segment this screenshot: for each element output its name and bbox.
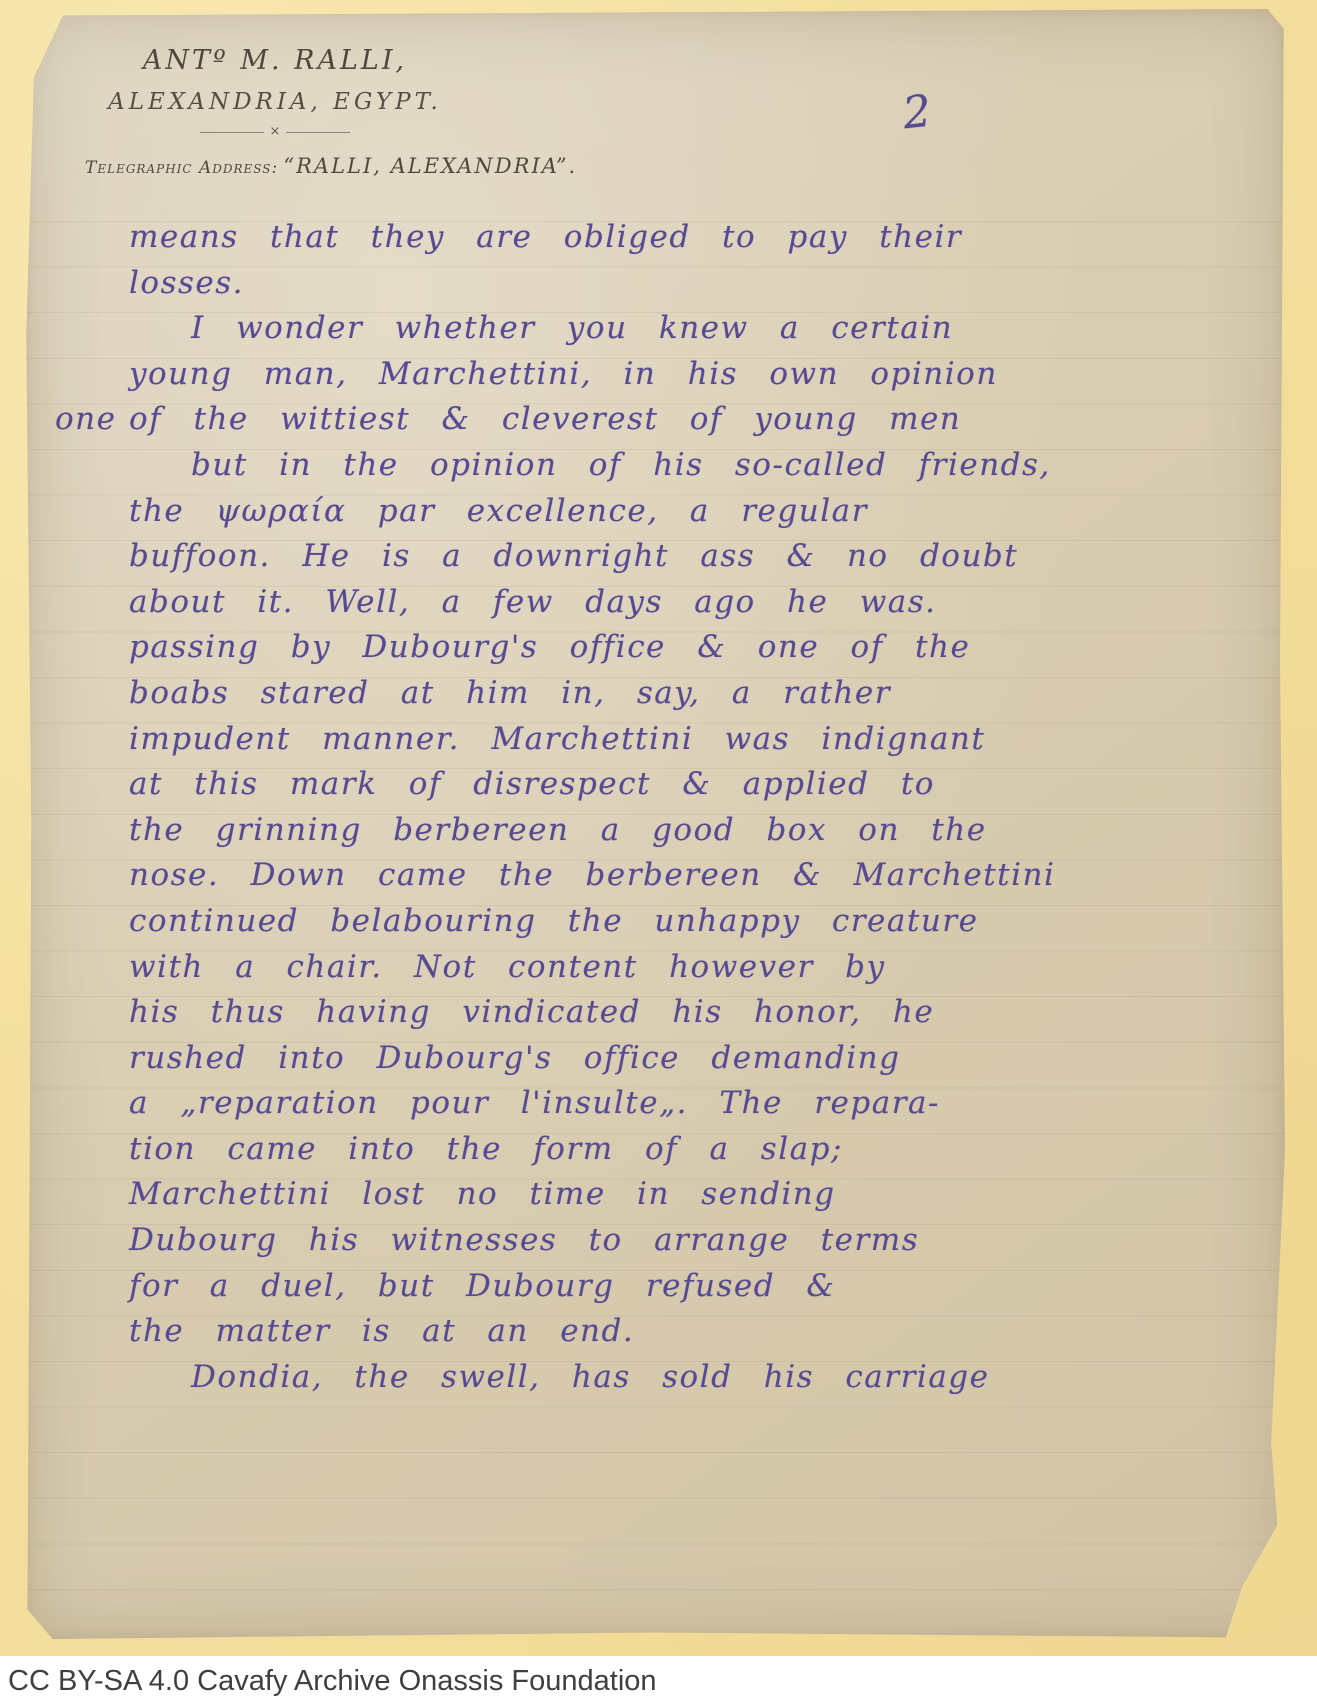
divider-rule-left (200, 132, 264, 133)
letter-line: tion came into the form of a slap; (129, 1127, 1269, 1173)
license-caption-bar: CC BY-SA 4.0 Cavafy Archive Onassis Foun… (0, 1656, 1317, 1707)
letter-paper: ANTº M. RALLI, ALEXANDRIA, EGYPT. × Tele… (25, 9, 1285, 1639)
page-number: 2 (900, 86, 933, 140)
letter-line-text: nose. Down came the berbereen & Marchett… (129, 857, 1055, 893)
letter-line: losses. (129, 261, 1269, 307)
letter-line-text: Dondia, the swell, has sold his carriage (191, 1359, 990, 1395)
divider-ornament-icon: × (270, 127, 281, 137)
letter-line: Dondia, the swell, has sold his carriage (129, 1355, 1269, 1401)
letter-line-text: but in the opinion of his so-called frie… (191, 447, 1051, 483)
letter-line: about it. Well, a few days ago he was. (129, 580, 1269, 626)
letter-line-text: losses. (129, 265, 244, 301)
letter-line: at this mark of disrespect & applied to (129, 762, 1269, 808)
margin-correction: one (55, 397, 116, 443)
letter-line-text: the ψωραία par excellence, a regular (129, 493, 868, 529)
letterhead-name: ANTº M. RALLI, (85, 45, 465, 76)
letter-line-text: the matter is at an end. (129, 1313, 634, 1349)
letter-line: continued belabouring the unhappy creatu… (129, 899, 1269, 945)
letter-line-text: Marchettini lost no time in sending (129, 1176, 836, 1212)
letter-line: a „reparation pour l'insulte„. The repar… (129, 1081, 1269, 1127)
letterhead-divider: × (200, 127, 350, 137)
letter-line: boabs stared at him in, say, a rather (129, 671, 1269, 717)
letterhead-telegraphic: Telegraphic Address: “RALLI, ALEXANDRIA”… (85, 154, 465, 178)
telegraphic-label: Telegraphic Address: (85, 158, 278, 178)
letter-line-text: I wonder whether you knew a certain (191, 310, 953, 346)
letterhead: ANTº M. RALLI, ALEXANDRIA, EGYPT. × Tele… (85, 45, 465, 178)
letter-line-text: tion came into the form of a slap; (129, 1131, 843, 1167)
letter-line-text: rushed into Dubourg's office demanding (129, 1040, 901, 1076)
letter-line: oneof the wittiest & cleverest of young … (129, 397, 1269, 443)
telegraphic-value: “RALLI, ALEXANDRIA”. (283, 154, 577, 178)
letter-line: for a duel, but Dubourg refused & (129, 1264, 1269, 1310)
letter-line: buffoon. He is a downright ass & no doub… (129, 534, 1269, 580)
scanned-letter-page: ANTº M. RALLI, ALEXANDRIA, EGYPT. × Tele… (0, 0, 1317, 1707)
letter-line: impudent manner. Marchettini was indigna… (129, 717, 1269, 763)
letter-line: with a chair. Not content however by (129, 945, 1269, 991)
letter-line-text: buffoon. He is a downright ass & no doub… (129, 538, 1018, 574)
letter-line-text: young man, Marchettini, in his own opini… (129, 356, 998, 392)
letter-line-text: of the wittiest & cleverest of young men (129, 401, 961, 437)
letter-line-text: Dubourg his witnesses to arrange terms (129, 1222, 919, 1258)
letter-line: nose. Down came the berbereen & Marchett… (129, 853, 1269, 899)
letter-line: young man, Marchettini, in his own opini… (129, 352, 1269, 398)
divider-rule-right (286, 132, 350, 133)
letter-line-text: passing by Dubourg's office & one of the (129, 629, 970, 665)
letter-line: Marchettini lost no time in sending (129, 1172, 1269, 1218)
letterhead-location: ALEXANDRIA, EGYPT. (85, 89, 465, 115)
letter-line: Dubourg his witnesses to arrange terms (129, 1218, 1269, 1264)
letter-line: the grinning berbereen a good box on the (129, 808, 1269, 854)
letter-line-text: impudent manner. Marchettini was indigna… (129, 721, 985, 757)
letter-line-text: about it. Well, a few days ago he was. (129, 584, 937, 620)
letter-line-text: continued belabouring the unhappy creatu… (129, 903, 978, 939)
letter-line-text: at this mark of disrespect & applied to (129, 766, 935, 802)
letter-line-text: the grinning berbereen a good box on the (129, 812, 987, 848)
letter-line: means that they are obliged to pay their (129, 215, 1269, 261)
letter-line-text: with a chair. Not content however by (129, 949, 885, 985)
letter-line: the ψωραία par excellence, a regular (129, 489, 1269, 535)
letter-line-text: boabs stared at him in, say, a rather (129, 675, 891, 711)
letter-body: means that they are obliged to pay their… (129, 215, 1269, 1400)
letter-line: the matter is at an end. (129, 1309, 1269, 1355)
letter-line: rushed into Dubourg's office demanding (129, 1036, 1269, 1082)
letter-line-text: for a duel, but Dubourg refused & (129, 1268, 836, 1304)
letter-line-text: a „reparation pour l'insulte„. The repar… (129, 1085, 940, 1121)
letter-line: but in the opinion of his so-called frie… (129, 443, 1269, 489)
letter-line: his thus having vindicated his honor, he (129, 990, 1269, 1036)
letter-line-text: means that they are obliged to pay their (129, 219, 962, 255)
letter-line: passing by Dubourg's office & one of the (129, 625, 1269, 671)
license-caption: CC BY-SA 4.0 Cavafy Archive Onassis Foun… (8, 1665, 657, 1698)
letter-line: I wonder whether you knew a certain (129, 306, 1269, 352)
letter-line-text: his thus having vindicated his honor, he (129, 994, 934, 1030)
